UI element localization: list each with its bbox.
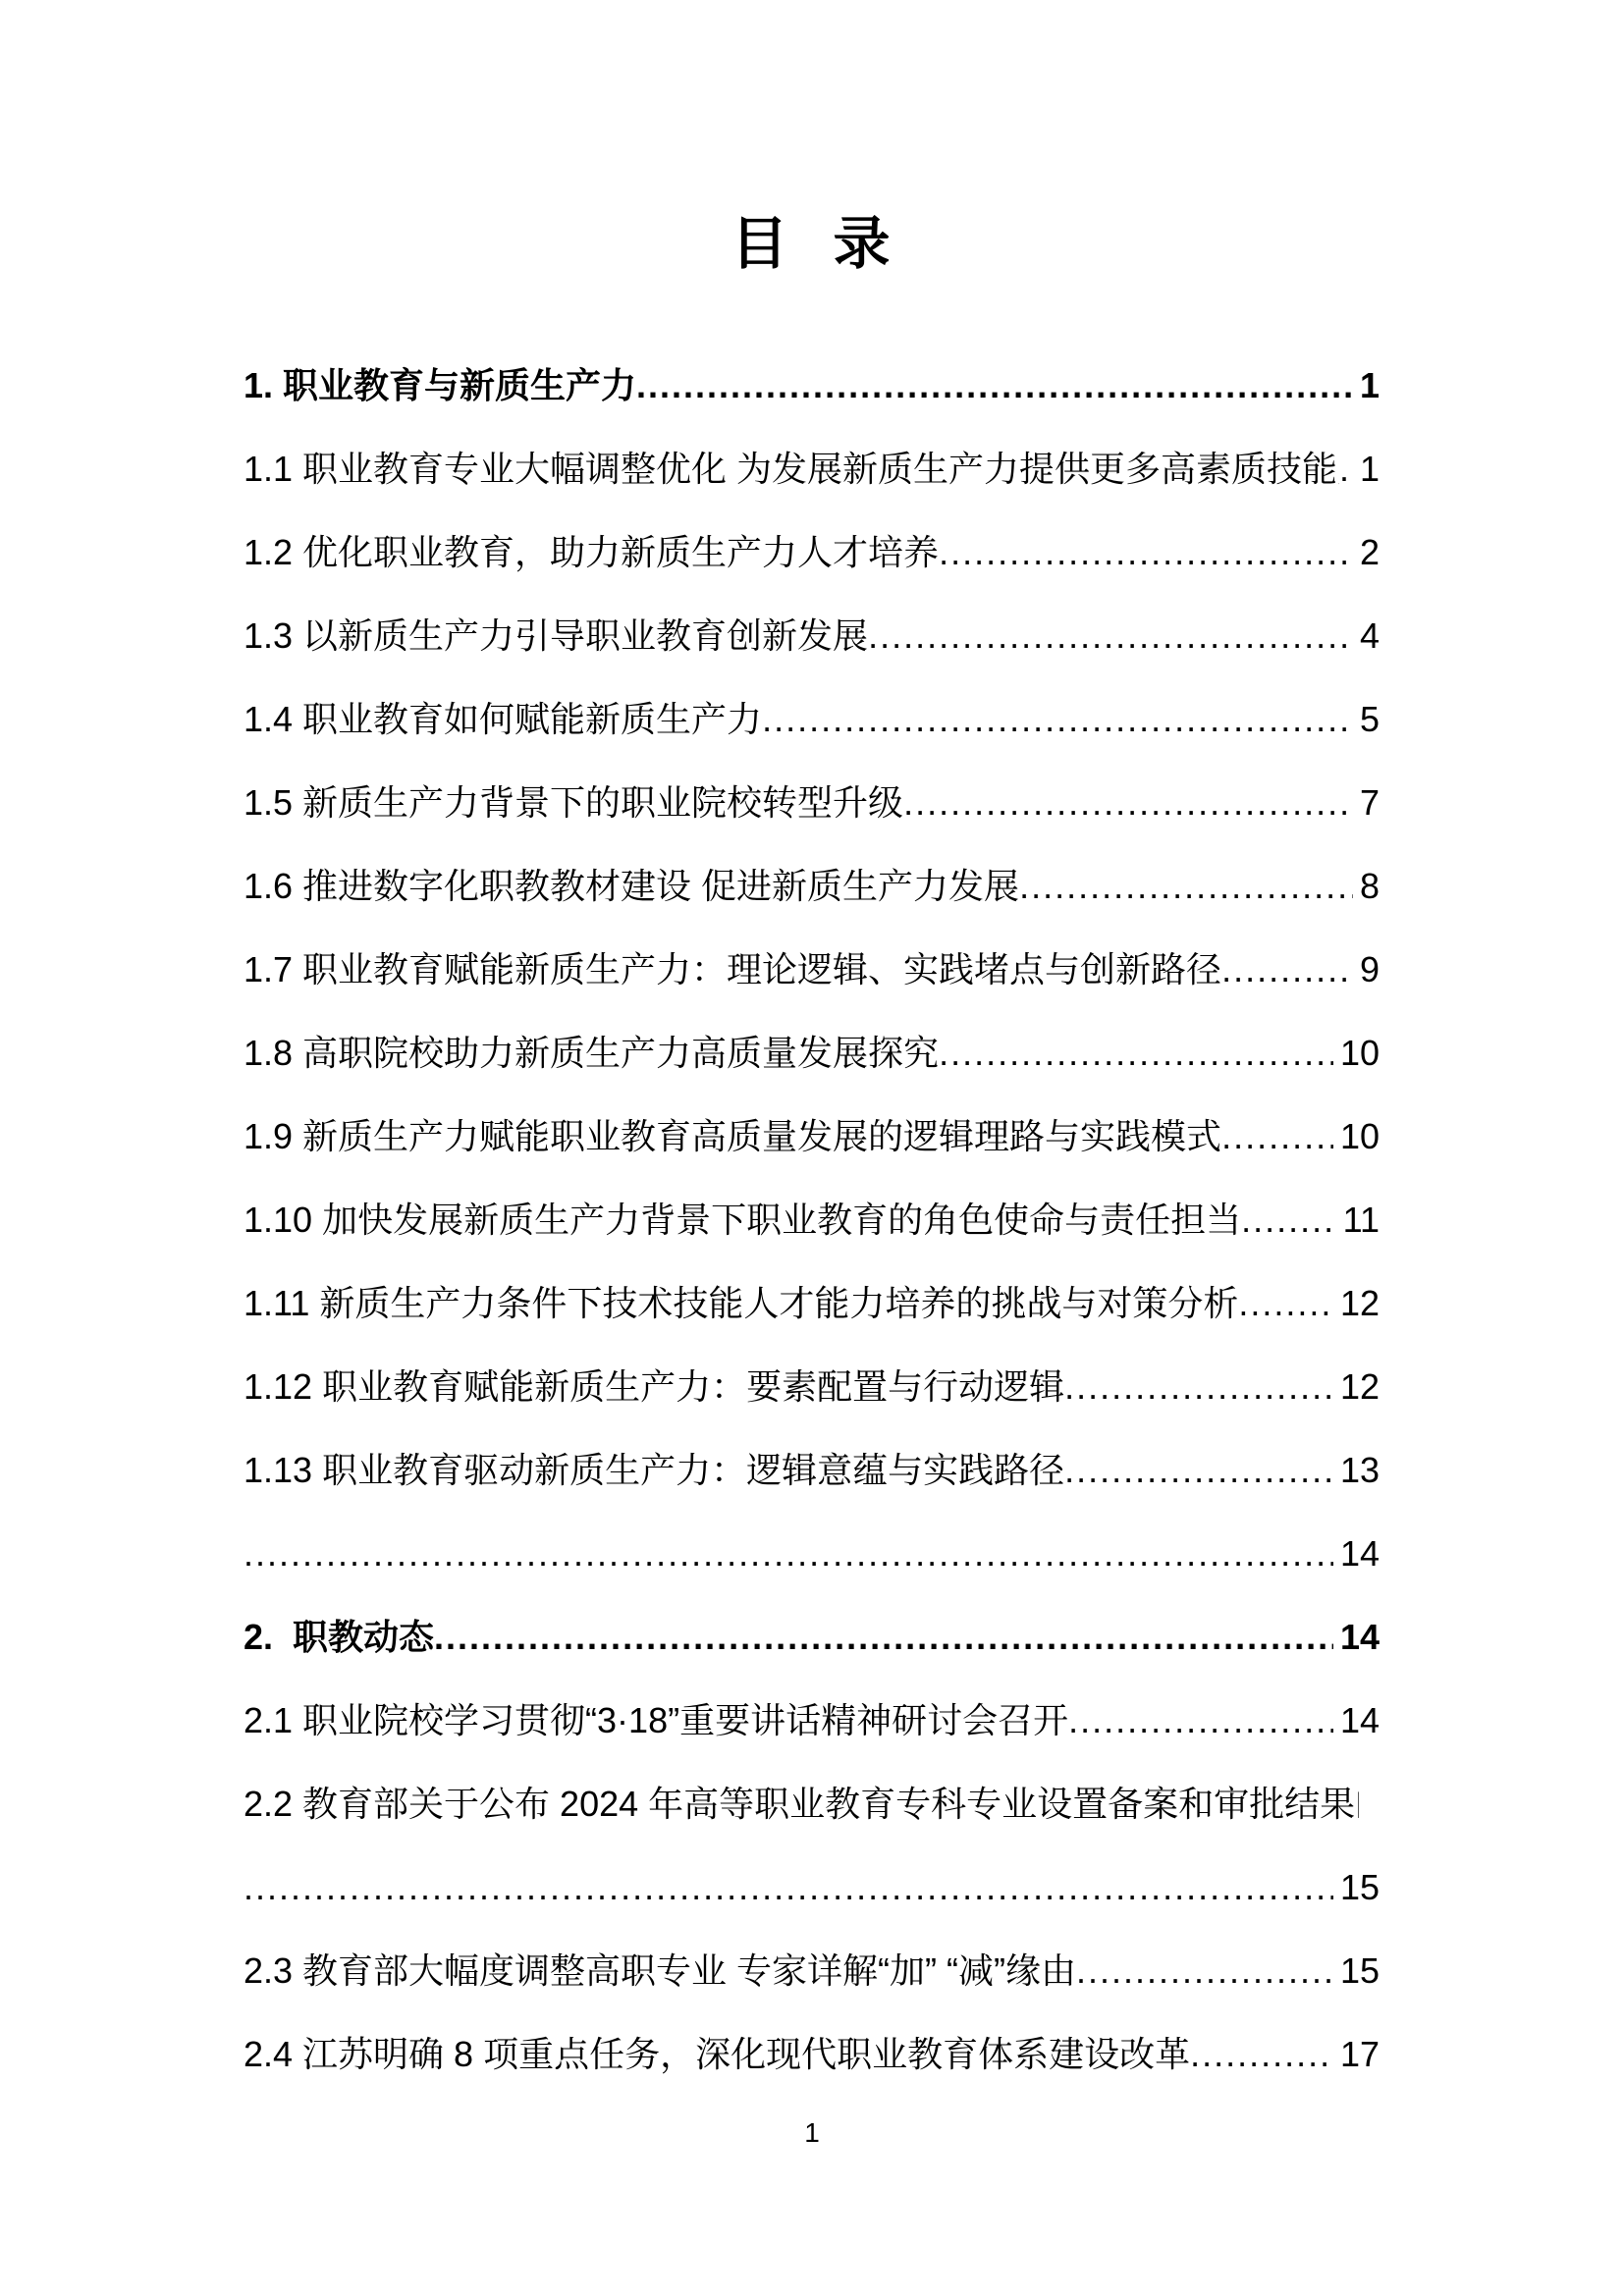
- dot-leader: [1064, 1449, 1333, 1492]
- dot-leader: [939, 531, 1353, 574]
- toc-page-number: 10: [1340, 1115, 1380, 1158]
- toc-page-number: 10: [1340, 1032, 1380, 1075]
- toc-entry-label: 1.12 职业教育赋能新质生产力：要素配置与行动逻辑: [244, 1365, 1064, 1409]
- toc-entry-2-3[interactable]: 2.3 教育部大幅度调整高职专业 专家详解“加” “减”缘由 15: [244, 1949, 1380, 1993]
- dot-leader: [1068, 1699, 1333, 1742]
- toc-page-number: 1: [1360, 364, 1380, 407]
- toc-page-number: 14: [1340, 1699, 1380, 1742]
- toc-entry-label: 1.11 新质生产力条件下技术技能人才能力培养的挑战与对策分析: [244, 1282, 1238, 1325]
- toc-entry-label: 1. 职业教育与新质生产力: [244, 364, 636, 407]
- dot-leader: [939, 1032, 1333, 1075]
- toc-page-number: 2: [1360, 531, 1380, 574]
- toc-entry-1-12[interactable]: 1.12 职业教育赋能新质生产力：要素配置与行动逻辑 12: [244, 1365, 1380, 1409]
- toc-entry-label: 2.3 教育部大幅度调整高职专业 专家详解“加” “减”缘由: [244, 1949, 1076, 1993]
- dot-leader: [1221, 948, 1353, 991]
- toc-entry-label: 1.13 职业教育驱动新质生产力：逻辑意蕴与实践路径: [244, 1449, 1064, 1492]
- toc-page-number: 5: [1360, 698, 1380, 741]
- dot-leader: [434, 1616, 1333, 1659]
- toc-entry-continuation[interactable]: 15: [244, 1866, 1380, 1909]
- toc-entry-label: 1.6 推进数字化职教教材建设 促进新质生产力发展: [244, 865, 1019, 908]
- toc-entry-2-2[interactable]: 2.2 教育部关于公布 2024 年高等职业教育专科专业设置备案和审批结果的通知: [244, 1783, 1380, 1826]
- toc-content: 目 录 1. 职业教育与新质生产力 1 1.1 职业教育专业大幅调整优化 为发展…: [244, 209, 1380, 2116]
- dot-leader: [1076, 1949, 1333, 1993]
- dot-leader: [1241, 1199, 1336, 1242]
- dot-leader: [1019, 865, 1353, 908]
- toc-entry-label: 1.10 加快发展新质生产力背景下职业教育的角色使命与责任担当: [244, 1199, 1241, 1242]
- toc-entry-label: 2. 职教动态: [244, 1616, 434, 1659]
- table-of-contents: 1. 职业教育与新质生产力 1 1.1 职业教育专业大幅调整优化 为发展新质生产…: [244, 364, 1380, 2076]
- toc-entry-label: 1.9 新质生产力赋能职业教育高质量发展的逻辑理路与实践模式: [244, 1115, 1221, 1158]
- toc-entry-1-6[interactable]: 1.6 推进数字化职教教材建设 促进新质生产力发展 8: [244, 865, 1380, 908]
- toc-entry-label: 1.4 职业教育如何赋能新质生产力: [244, 698, 762, 741]
- toc-entry-label: 2.1 职业院校学习贯彻“3·18”重要讲话精神研讨会召开: [244, 1699, 1068, 1742]
- toc-page-number: 12: [1340, 1282, 1380, 1325]
- toc-entry-label: 1.5 新质生产力背景下的职业院校转型升级: [244, 781, 903, 825]
- toc-entry-label: 1.2 优化职业教育，助力新质生产力人才培养: [244, 531, 939, 574]
- dot-leader: [244, 1866, 1333, 1909]
- toc-entry-1-9[interactable]: 1.9 新质生产力赋能职业教育高质量发展的逻辑理路与实践模式 10: [244, 1115, 1380, 1158]
- toc-page-number: 14: [1340, 1532, 1380, 1575]
- toc-entry-label: 1.8 高职院校助力新质生产力高质量发展探究: [244, 1032, 939, 1075]
- toc-entry-1-4[interactable]: 1.4 职业教育如何赋能新质生产力 5: [244, 698, 1380, 741]
- toc-entry-1-8[interactable]: 1.8 高职院校助力新质生产力高质量发展探究 10: [244, 1032, 1380, 1075]
- toc-page-number: 13: [1340, 1449, 1380, 1492]
- toc-page-number: 7: [1360, 781, 1380, 825]
- page-title: 目 录: [244, 209, 1380, 280]
- toc-entry-chapter-2[interactable]: 2. 职教动态 14: [244, 1616, 1380, 1659]
- dot-leader: [1064, 1365, 1333, 1409]
- toc-entry-label: 1.1 职业教育专业大幅调整优化 为发展新质生产力提供更多高素质技能人才: [244, 448, 1339, 491]
- toc-entry-1-5[interactable]: 1.5 新质生产力背景下的职业院校转型升级 7: [244, 781, 1380, 825]
- toc-page-number: 17: [1340, 2033, 1380, 2076]
- dot-leader: [868, 614, 1353, 658]
- toc-page-number: 15: [1340, 1866, 1380, 1909]
- dot-leader: [903, 781, 1353, 825]
- dot-leader: [636, 364, 1353, 407]
- page-number: 1: [0, 2116, 1624, 2150]
- toc-entry-label: 2.2 教育部关于公布 2024 年高等职业教育专科专业设置备案和审批结果的通知: [244, 1783, 1359, 1826]
- toc-entry-1-7[interactable]: 1.7 职业教育赋能新质生产力：理论逻辑、实践堵点与创新路径 9: [244, 948, 1380, 991]
- document-page: 目 录 1. 职业教育与新质生产力 1 1.1 职业教育专业大幅调整优化 为发展…: [0, 0, 1624, 2296]
- toc-entry-2-1[interactable]: 2.1 职业院校学习贯彻“3·18”重要讲话精神研讨会召开 14: [244, 1699, 1380, 1742]
- toc-entry-label: 1.3 以新质生产力引导职业教育创新发展: [244, 614, 868, 658]
- toc-entry-1-3[interactable]: 1.3 以新质生产力引导职业教育创新发展 4: [244, 614, 1380, 658]
- dot-leader: [1190, 2033, 1333, 2076]
- toc-entry-1-13[interactable]: 1.13 职业教育驱动新质生产力：逻辑意蕴与实践路径 13: [244, 1449, 1380, 1492]
- toc-entry-continuation[interactable]: 14: [244, 1532, 1380, 1575]
- toc-page-number: 12: [1340, 1365, 1380, 1409]
- toc-entry-chapter-1[interactable]: 1. 职业教育与新质生产力 1: [244, 364, 1380, 407]
- dot-leader: [1238, 1282, 1333, 1325]
- toc-page-number: 15: [1340, 1949, 1380, 1993]
- toc-entry-label: 2.4 江苏明确 8 项重点任务，深化现代职业教育体系建设改革: [244, 2033, 1190, 2076]
- toc-page-number: 14: [1340, 1616, 1380, 1659]
- toc-page-number: 9: [1360, 948, 1380, 991]
- toc-entry-1-10[interactable]: 1.10 加快发展新质生产力背景下职业教育的角色使命与责任担当 11: [244, 1199, 1380, 1242]
- dot-leader: [1339, 448, 1353, 491]
- toc-entry-1-1[interactable]: 1.1 职业教育专业大幅调整优化 为发展新质生产力提供更多高素质技能人才 1: [244, 448, 1380, 491]
- dot-leader: [762, 698, 1353, 741]
- toc-entry-2-4[interactable]: 2.4 江苏明确 8 项重点任务，深化现代职业教育体系建设改革 17: [244, 2033, 1380, 2076]
- dot-leader: [244, 1532, 1333, 1575]
- toc-page-number: 11: [1343, 1199, 1380, 1242]
- toc-entry-1-2[interactable]: 1.2 优化职业教育，助力新质生产力人才培养 2: [244, 531, 1380, 574]
- dot-leader: [1221, 1115, 1333, 1158]
- toc-entry-label: 1.7 职业教育赋能新质生产力：理论逻辑、实践堵点与创新路径: [244, 948, 1221, 991]
- toc-page-number: 4: [1360, 614, 1380, 658]
- toc-page-number: 8: [1360, 865, 1380, 908]
- toc-entry-1-11[interactable]: 1.11 新质生产力条件下技术技能人才能力培养的挑战与对策分析 12: [244, 1282, 1380, 1325]
- toc-page-number: 1: [1360, 448, 1380, 491]
